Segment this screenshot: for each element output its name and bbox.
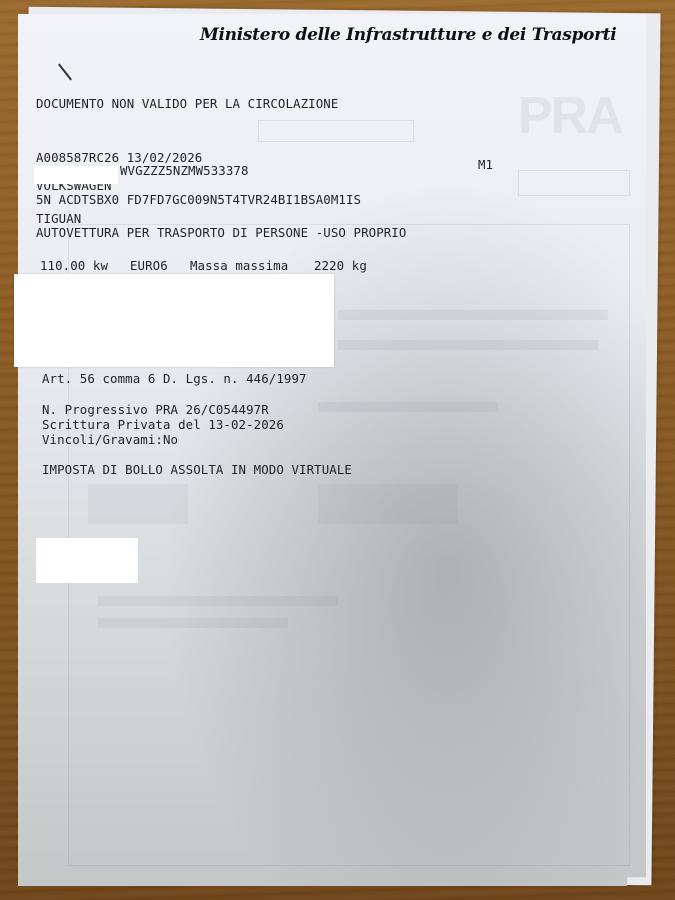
redacted-owner-block <box>14 274 334 367</box>
ghost-form-text <box>338 340 598 350</box>
notice-text: DOCUMENTO NON VALIDO PER LA CIRCOLAZIONE <box>36 96 338 111</box>
vin-text: WVGZZZ5NZMW533378 <box>120 163 249 178</box>
model-text: TIGUAN <box>36 211 81 226</box>
ghost-form-text <box>98 618 288 628</box>
stamp-duty-text: IMPOSTA DI BOLLO ASSOLTA IN MODO VIRTUAL… <box>42 462 352 477</box>
emission-text: EURO6 <box>130 258 168 273</box>
pra-watermark-logo: PRA <box>518 86 622 146</box>
ghost-form-text <box>318 484 458 524</box>
ministry-header: Ministero delle Infrastrutture e dei Tra… <box>200 25 616 45</box>
category-text: M1 <box>478 157 493 172</box>
ghost-form-text <box>338 310 608 320</box>
ghost-form-text <box>318 402 498 412</box>
progressive-number-text: N. Progressivo PRA 26/C054497R <box>42 402 269 417</box>
ghost-form-box <box>518 170 630 196</box>
type-code-text: 5N ACDTSBX0 FD7FD7GC009N5T4TVR24BI1BSA0M… <box>36 192 361 207</box>
redacted-signature <box>36 538 138 583</box>
mass-label: Massa massima <box>190 258 288 273</box>
ghost-form-box <box>258 120 414 142</box>
law-reference-text: Art. 56 comma 6 D. Lgs. n. 446/1997 <box>42 371 307 386</box>
redacted-plate <box>34 166 118 184</box>
ghost-form-text <box>98 596 338 606</box>
usage-text: AUTOVETTURA PER TRASPORTO DI PERSONE -US… <box>36 225 406 240</box>
liens-text: Vincoli/Gravami:No <box>42 432 178 447</box>
deed-text: Scrittura Privata del 13-02-2026 <box>42 417 284 432</box>
document-sheet: PRA <box>18 14 646 886</box>
power-text: 110.00 kw <box>40 258 108 273</box>
ghost-form-text <box>88 484 188 524</box>
mass-value: 2220 kg <box>314 258 367 273</box>
